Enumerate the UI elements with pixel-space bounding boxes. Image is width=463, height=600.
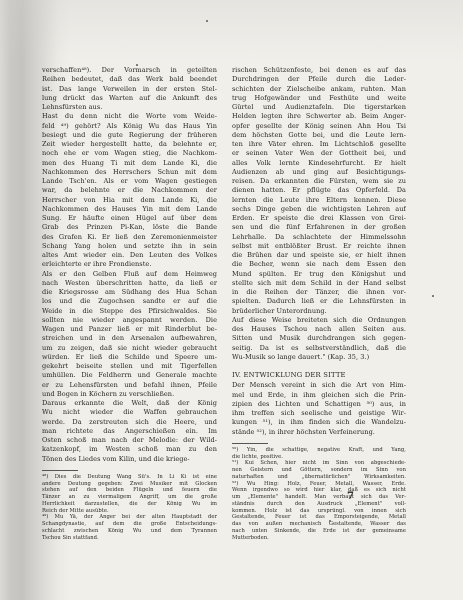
- text-line: um zu zeigen, daß sie nicht wieder gebra…: [42, 344, 217, 353]
- text-line: Reihen bedeutet, daß das Werk bald beend…: [42, 75, 217, 84]
- right-column: rischen Schützenfeste, bei denen es auf …: [232, 66, 406, 541]
- text-line: ständnis durch den Ausdruck „Element" vo…: [232, 501, 406, 508]
- text-line: ihm treffen sich seelische und geistige …: [232, 409, 406, 418]
- text-line: Auf diese Weise breiteten sich die Ordnu…: [232, 316, 406, 325]
- text-line: Erden. Er speiste die drei Klassen von G…: [232, 214, 406, 223]
- text-line: und Bogen in Köchern zu verschließen.: [42, 390, 217, 399]
- scan-shadow-top: [0, 0, 463, 60]
- text-line: Grab des Prinzen Pi-Kan, löste die Bande: [42, 223, 217, 232]
- text-line: Nachkommen des Hauses Yin mit dem Lande: [42, 205, 217, 214]
- text-line: das von außen mechanisch Gestaltende, Wa…: [232, 521, 406, 528]
- text-line: Wu nicht wieder die Waffen gebrauchen: [42, 408, 217, 417]
- text-line: Sitten und Musik durchdrangen sich gegen…: [232, 334, 406, 343]
- section-body-text: Der Mensch vereint in sich die Art von H…: [232, 381, 406, 437]
- text-line: ⁵⁰) Yin, die schattige, negative Kraft, …: [232, 447, 406, 454]
- text-line: ten ihre Väter ehren. Im Lichtschloß ges…: [232, 140, 406, 149]
- text-line: Wagen und Panzer ließ er mit Rinderblut …: [42, 325, 217, 334]
- text-line: man richtete das Angerschießen ein. Im: [42, 427, 217, 436]
- text-line: Gürtel und Audienztafeln. Die tigerstark…: [232, 103, 406, 112]
- text-line: Sung. Er häufte einen Hügel auf über dem: [42, 214, 217, 223]
- text-line: kungen ⁵¹), in ihm finden sich die Wande…: [232, 418, 406, 427]
- scan-speck: [206, 20, 208, 22]
- text-line: Der Mensch vereint in sich die Art von H…: [232, 381, 406, 390]
- left-column: verschaffen⁴⁸). Der Vormarsch in geteilt…: [42, 66, 217, 541]
- text-line: nach unten Sinkende, die Erde ist der ge…: [232, 528, 406, 535]
- left-footnotes: ⁴⁸) Dies die Deutung Wang Sü's. In Li Ki…: [42, 474, 217, 542]
- text-line: lernten die Leute ihre Eltern kennen. Di…: [232, 196, 406, 205]
- text-line: sechs Dinge geben die wichtigsten Lehren…: [232, 205, 406, 214]
- text-line: Herrlichkeit darzustellen, die der König…: [42, 501, 217, 508]
- text-line: Weide in die Steppe des Pfirsichwaldes. …: [42, 307, 217, 316]
- right-footnotes: ⁵⁰) Yin, die schattige, negative Kraft, …: [232, 447, 406, 542]
- text-line: des Grafen Ki. Er ließ den Zeremonienmei…: [42, 233, 217, 242]
- text-line: alles Volk lernte Kindesehrfurcht. Er hi…: [232, 159, 406, 168]
- text-line: katzenkopf, im Westen schoß man zu den: [42, 445, 217, 454]
- text-line: brüderlicher Unterordnung.: [232, 307, 406, 316]
- text-line: Wu-Musik so lange dauert." (Kap. 35, 3.): [232, 353, 406, 362]
- page-number: 7: [347, 491, 354, 502]
- footnote-divider: [232, 443, 268, 444]
- text-line: des Hauses Tschou nach allen Seiten aus.: [232, 325, 406, 334]
- text-line: Als er den Gelben Fluß auf dem Heimweg: [42, 270, 217, 279]
- text-line: in die Reihen der Tänzer, die ihnen vor-: [232, 288, 406, 297]
- text-line: Lehrhalle. Da schlachtete der Himmelssoh…: [232, 233, 406, 242]
- text-line: ist. Das lange Verweilen in der ersten S…: [42, 85, 217, 94]
- text-line: Durchdringen der Pfeile durch die Leder-: [232, 75, 406, 84]
- text-line: trug Hofgewänder und Festhüte und weite: [232, 94, 406, 103]
- text-line: naturhaften und „übernatürlichen" Wirksa…: [232, 474, 406, 481]
- text-line: Gestaltende, Feuer ist das Emporsteigend…: [232, 514, 406, 521]
- text-line: men des Huang Ti mit dem Lande Ki, die: [42, 159, 217, 168]
- text-line: Lehnsfürsten aus.: [42, 103, 217, 112]
- text-line: ⁵²) Wu Hing: Holz, Feuer, Metall, Wasser…: [232, 481, 406, 488]
- text-line: reisen. Da erkannten die Fürsten, wem si…: [232, 177, 406, 186]
- text-line: Mund spülten. Er trug den Königshut und: [232, 270, 406, 279]
- text-line: stellte sich mit dem Schild in der Hand …: [232, 279, 406, 288]
- text-line: stehen auf den beiden Flügeln und feuern…: [42, 487, 217, 494]
- text-line: Tönen des Liedes vom Kilin, und die krie…: [42, 455, 217, 464]
- text-line: Mutterboden.: [232, 535, 406, 542]
- text-line: würden. Er ließ die Schilde und Speere u…: [42, 353, 217, 362]
- text-line: kommen. Holz ist das ursprüngl. von inne…: [232, 508, 406, 515]
- text-line: selbst mit entblößter Brust. Er reichte …: [232, 242, 406, 251]
- text-line: umhüllen. Die Feldherrn und Generale mac…: [42, 371, 217, 380]
- text-line: die Kriegsrosse am Südhang des Hua Schan: [42, 288, 217, 297]
- left-body-text: verschaffen⁴⁸). Der Vormarsch in geteilt…: [42, 66, 217, 464]
- text-line: zipien des Lichten und Schattigen ⁵⁰) au…: [232, 400, 406, 409]
- text-line: streichen und in den Arsenalen aufbewahr…: [42, 334, 217, 343]
- text-line: Reich der Mitte ausübte.: [42, 508, 217, 515]
- text-line: rischen Schützenfeste, bei denen es auf …: [232, 66, 406, 75]
- text-line: Zeit wieder hergestellt hatte, da belehn…: [42, 140, 217, 149]
- text-line: nen Geistern und Göttern, sondern im Sin…: [232, 467, 406, 474]
- scan-speck: [136, 64, 138, 66]
- text-line: er zu Lehensfürsten und befahl ihnen, Pf…: [42, 381, 217, 390]
- text-line: ⁴⁹) Mu Yä, der Anger bei der alten Haupt…: [42, 514, 217, 521]
- text-line: Daraus erkannte die Welt, daß der König: [42, 399, 217, 408]
- text-line: die Becher, wenn sie nach dem Essen den: [232, 260, 406, 269]
- text-line: noch ehe er vom Wagen stieg, die Nachkom…: [42, 149, 217, 158]
- text-line: dienen hatten. Er pflügte das Opferfeld.…: [232, 186, 406, 195]
- section-heading: IV. ENTWICKLUNG DER SITTE: [232, 371, 406, 380]
- text-line: sen und die fünf Erfahrenen in der große…: [232, 223, 406, 232]
- text-line: Herrscher von Hia mit dem Lande Ki, die: [42, 196, 217, 205]
- text-line: spielten. Dadurch ließ er die Lehnsfürst…: [232, 297, 406, 306]
- text-line: Wenn irgendwo so wird hier klar, daß es …: [232, 487, 406, 494]
- text-line: Audienzen ab und ging auf Besichtigungs-: [232, 168, 406, 177]
- scan-speck: [329, 520, 331, 522]
- scan-speck: [432, 295, 434, 297]
- text-line: los und die Zugochsen sandte er auf die: [42, 297, 217, 306]
- text-line: erleichterte er ihre Frondienste.: [42, 260, 217, 269]
- text-line: Tänzer an zu viermaligem Angriff, um die…: [42, 494, 217, 501]
- text-line: Hast du denn nicht die Worte vom Weide-: [42, 112, 217, 121]
- text-line: dem höchsten Gotte bei, und die Leute le…: [232, 131, 406, 140]
- text-line: mel und Erde, in ihm gleichen sich die P…: [232, 391, 406, 400]
- text-line: stände ⁵²), in ihrer höchsten Verfeineru…: [232, 428, 406, 437]
- text-line: altes Amt wieder ein. Den Leuten des Vol…: [42, 251, 217, 260]
- text-line: die Brühen dar und speiste sie, er hielt…: [232, 251, 406, 260]
- text-line: er seinen Vater Wen der Gottheit bei, un…: [232, 149, 406, 158]
- text-line: um „Elemente" handelt. Man verbaut sich …: [232, 494, 406, 501]
- text-line: ⁵¹) Kui Schen, hier nicht im Sinn von ab…: [232, 460, 406, 467]
- text-line: Schangdynastie, auf dem die große Entsch…: [42, 521, 217, 528]
- text-line: schlacht zwischen König Wu und dem Tyran…: [42, 528, 217, 535]
- text-line: Tschou Sin stattfand.: [42, 535, 217, 542]
- text-line: lung drückt das Warten auf die Ankunft d…: [42, 94, 217, 103]
- text-line: Helden legten ihre Schwerter ab. Beim An…: [232, 112, 406, 121]
- text-line: ⁴⁸) Dies die Deutung Wang Sü's. In Li Ki…: [42, 474, 217, 481]
- text-line: verschaffen⁴⁸). Der Vormarsch in geteilt…: [42, 66, 217, 75]
- text-line: werde. Da zerstreuten sich die Heere, un…: [42, 418, 217, 427]
- text-line: schichten der Zielscheibe ankam, ruhten.…: [232, 85, 406, 94]
- text-line: Lande Tsch'en. Als er vom Wagen gestiege…: [42, 177, 217, 186]
- text-line: besiegt und die gute Regierung der frühe…: [42, 131, 217, 140]
- text-line: Osten schoß man nach der Melodie: der Wi…: [42, 436, 217, 445]
- text-line: war, da belehnte er die Nachkommen der: [42, 186, 217, 195]
- text-line: die lichte, positive.: [232, 454, 406, 461]
- text-line: nach Westen überschritten hatte, da ließ…: [42, 279, 217, 288]
- text-line: opfer gesellte der König seinen Ahn Hou …: [232, 122, 406, 131]
- text-line: sollten nie wieder angespannt werden. Di…: [42, 316, 217, 325]
- text-line: seitig. Da ist es selbstverständlich, da…: [232, 344, 406, 353]
- text-line: Schang Yang holen und setzte ihn in sein: [42, 242, 217, 251]
- text-line: feld ⁴⁹) gehört? Als König Wu das Haus Y…: [42, 122, 217, 131]
- right-body-text: rischen Schützenfeste, bei denen es auf …: [232, 66, 406, 362]
- text-line: gekehrt beiseite stellen und mit Tigerfe…: [42, 362, 217, 371]
- text-line: Nachkommen des Herrschers Schun mit dem: [42, 168, 217, 177]
- text-line: andere Deutung gegeben: Zwei Musiker mit…: [42, 481, 217, 488]
- footnote-divider: [42, 470, 78, 471]
